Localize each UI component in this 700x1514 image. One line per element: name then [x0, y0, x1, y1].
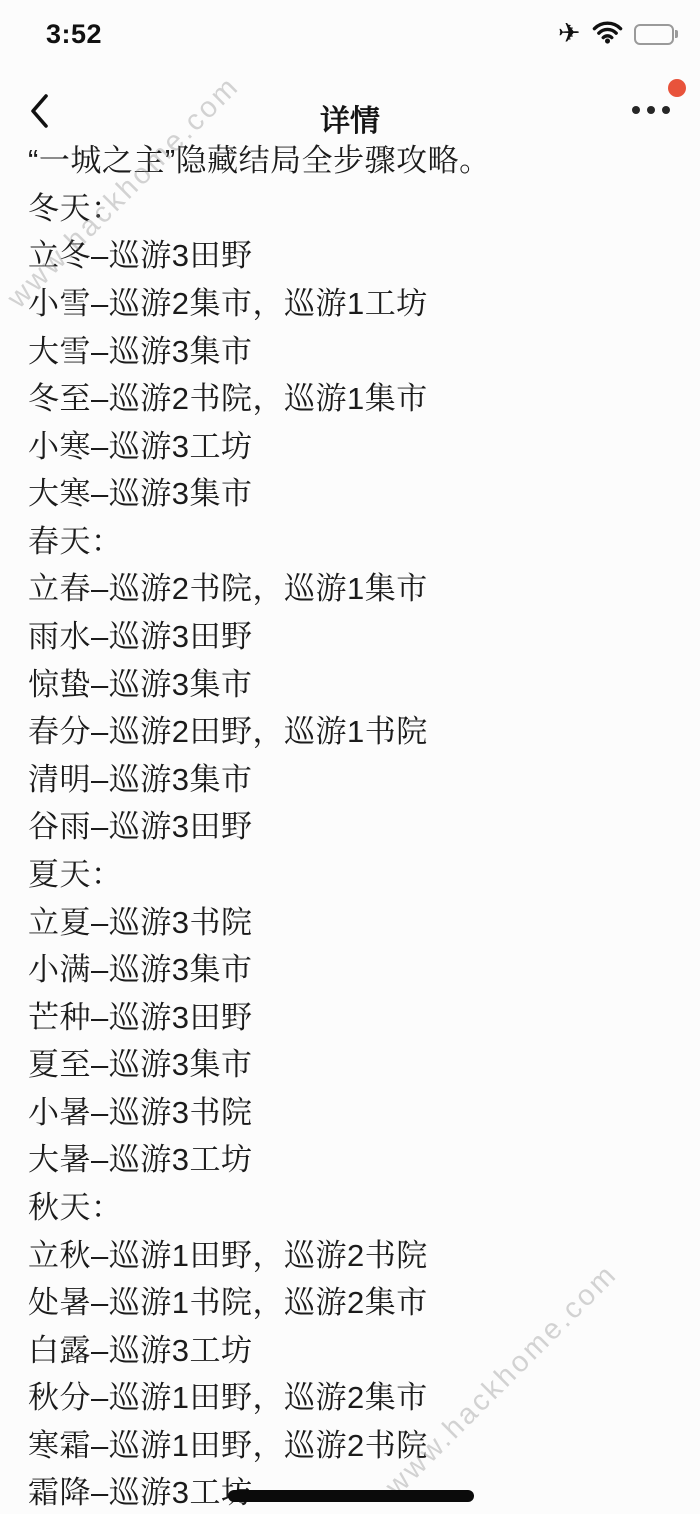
notification-badge	[668, 79, 686, 97]
article-line: 秋分–巡游1田野，巡游2集市	[28, 1371, 690, 1419]
article-line: 秋天：	[28, 1181, 690, 1229]
ellipsis-icon	[632, 106, 640, 114]
more-button[interactable]	[632, 106, 670, 114]
article-line: 夏至–巡游3集市	[28, 1038, 690, 1086]
battery-body	[634, 24, 674, 45]
ellipsis-icon	[647, 106, 655, 114]
page-title: 详情	[0, 96, 700, 140]
article-line: 大寒–巡游3集市	[28, 467, 690, 515]
article-line: 寒霜–巡游1田野，巡游2书院	[28, 1419, 690, 1467]
battery-icon	[634, 24, 679, 45]
article-line: 白露–巡游3工坊	[28, 1323, 690, 1371]
article-line: 处暑–巡游1书院，巡游2集市	[28, 1276, 690, 1324]
article-line: 立夏–巡游3书院	[28, 895, 690, 943]
status-bar: 3:52 ✈	[0, 0, 700, 60]
battery-cap	[675, 30, 678, 38]
article-line: 小暑–巡游3书院	[28, 1086, 690, 1134]
article-line: 春天：	[28, 515, 690, 563]
home-indicator[interactable]	[228, 1490, 474, 1502]
article-line: 大暑–巡游3工坊	[28, 1133, 690, 1181]
ellipsis-icon	[662, 106, 670, 114]
article-line: 清明–巡游3集市	[28, 753, 690, 801]
article-line: 立春–巡游2书院，巡游1集市	[28, 562, 690, 610]
article-line: 春分–巡游2田野，巡游1书院	[28, 705, 690, 753]
article-body: “一城之主”隐藏结局全步骤攻略。冬天：立冬–巡游3田野小雪–巡游2集市，巡游1工…	[0, 134, 700, 1514]
article-line: 大雪–巡游3集市	[28, 324, 690, 372]
article-line: 雨水–巡游3田野	[28, 610, 690, 658]
article-line: 冬天：	[28, 182, 690, 230]
article-line: 小雪–巡游2集市，巡游1工坊	[28, 277, 690, 325]
article-line: 芒种–巡游3田野	[28, 990, 690, 1038]
article-line: 立秋–巡游1田野，巡游2书院	[28, 1228, 690, 1276]
nav-bar: 详情	[0, 60, 700, 134]
article-line: “一城之主”隐藏结局全步骤攻略。	[28, 134, 690, 182]
wifi-icon	[592, 20, 623, 49]
article-line: 小寒–巡游3工坊	[28, 419, 690, 467]
article-line: 立冬–巡游3田野	[28, 229, 690, 277]
status-icons: ✈	[558, 20, 678, 49]
article-line: 小满–巡游3集市	[28, 943, 690, 991]
clock: 3:52	[46, 19, 102, 50]
airplane-mode-icon: ✈	[558, 20, 581, 47]
article-line: 惊蛰–巡游3集市	[28, 657, 690, 705]
article-line: 冬至–巡游2书院，巡游1集市	[28, 372, 690, 420]
article-line: 夏天：	[28, 848, 690, 896]
article-line: 谷雨–巡游3田野	[28, 800, 690, 848]
